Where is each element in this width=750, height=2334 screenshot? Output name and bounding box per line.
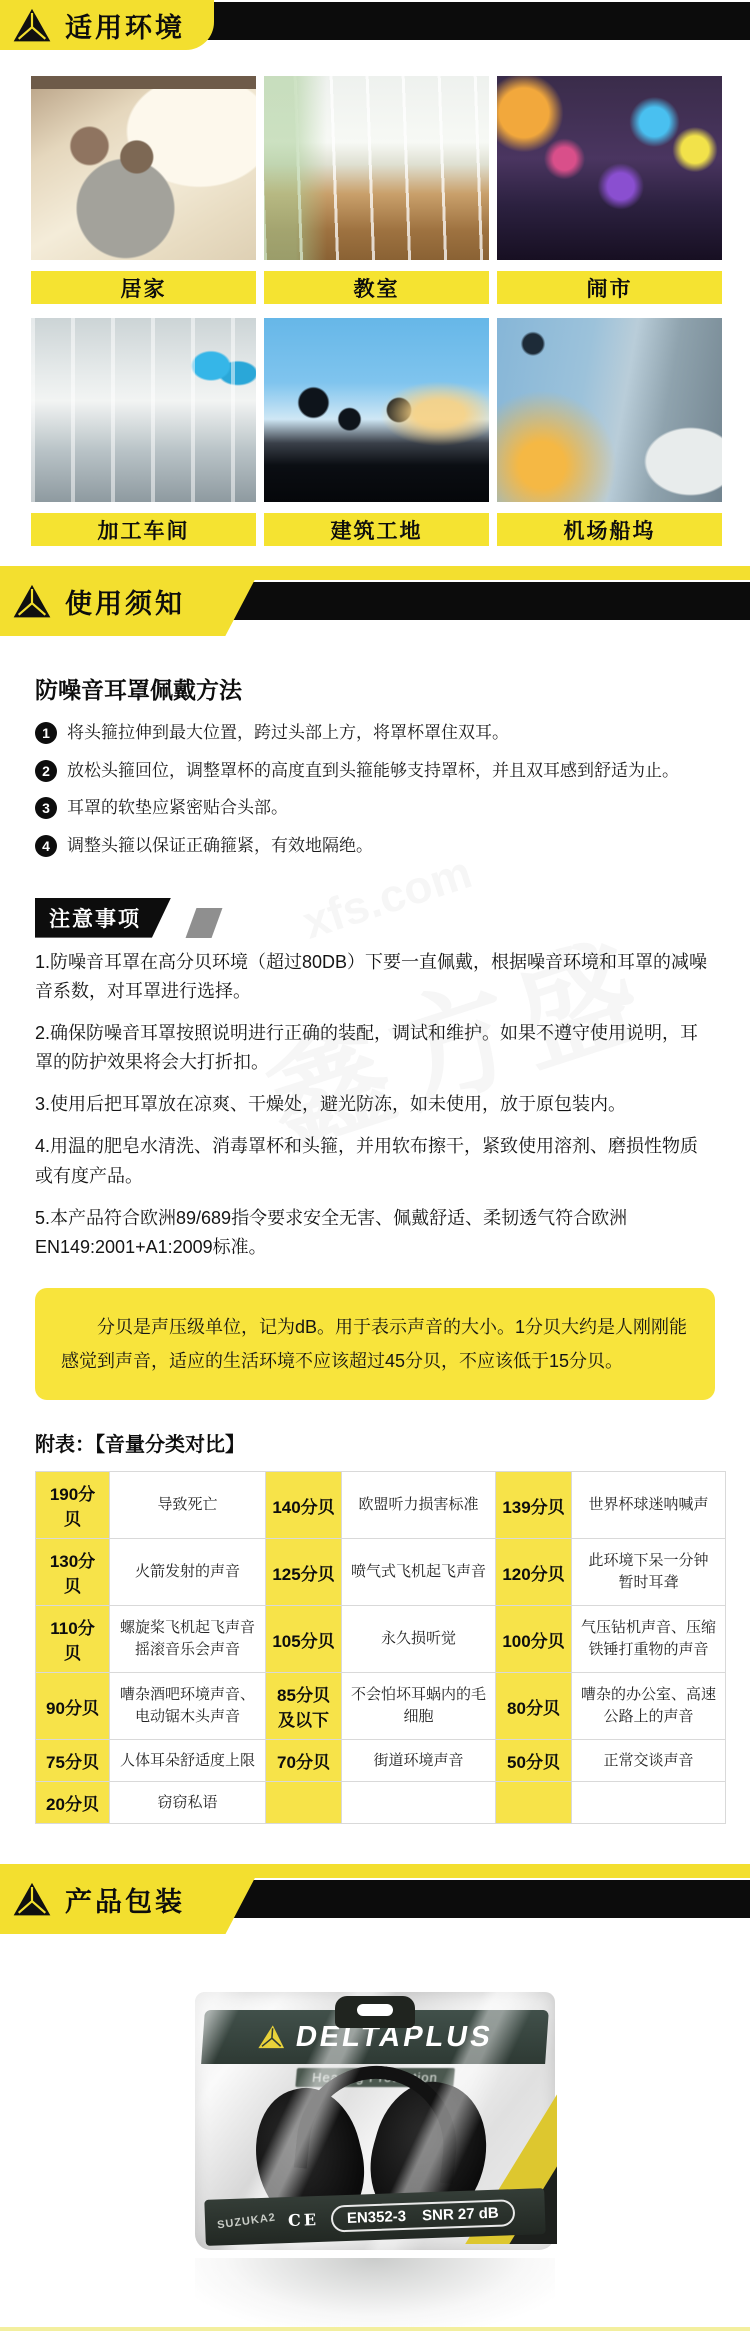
sound-desc-cell: 火箭发射的声音 (110, 1539, 266, 1606)
sound-desc-cell: 窃窃私语 (110, 1782, 266, 1824)
volume-table: 190分贝导致死亡140分贝欧盟听力损害标准139分贝世界杯球迷呐喊声130分贝… (35, 1471, 726, 1824)
sound-desc-cell: 欧盟听力损害标准 (342, 1472, 496, 1539)
header-black-band (193, 2, 750, 40)
env-label: 居家 (31, 271, 256, 304)
env-grid: 居家教室闹市加工车间建筑工地机场船坞 (31, 76, 720, 546)
section-title-usage: 使用须知 (65, 582, 185, 621)
construction-photo (264, 318, 489, 502)
env-label: 加工车间 (31, 513, 256, 546)
wearing-steps: 1将头箍拉伸到最大位置，跨过头部上方，将罩杯罩住双耳。2放松头箍回位，调整罩杯的… (35, 721, 715, 859)
db-level-cell: 110分贝 (36, 1606, 110, 1673)
table-row: 190分贝导致死亡140分贝欧盟听力损害标准139分贝世界杯球迷呐喊声 (36, 1472, 726, 1539)
wearing-step: 3耳罩的软垫应紧密贴合头部。 (35, 796, 715, 821)
sound-desc-cell: 气压钻机声音、压缩 铁锤打重物的声音 (572, 1606, 726, 1673)
notice-item: 3.使用后把耳罩放在凉爽、干燥处，避光防冻，如未使用，放于原包装内。 (35, 1090, 715, 1119)
db-level-cell: 80分贝 (496, 1673, 572, 1740)
step-number-badge: 2 (35, 760, 57, 782)
volume-table-title: 附表：【音量分类对比】 (35, 1428, 715, 1457)
sound-desc-cell: 街道环境声音 (342, 1740, 496, 1782)
wearing-method-title: 防噪音耳罩佩戴方法 (35, 672, 715, 705)
section-title-environment: 适用环境 (65, 6, 185, 45)
package-photo: DELTAPLUS Hearing Protection SUZUKA2 CE … (0, 1962, 750, 2334)
db-level-cell: 190分贝 (36, 1472, 110, 1539)
deltaplus-triangle-logo-icon (12, 1881, 52, 1918)
env-cell: 教室 (264, 76, 489, 304)
table-row: 20分贝窃窃私语 (36, 1782, 726, 1824)
db-level-cell: 139分贝 (496, 1472, 572, 1539)
sound-desc-cell: 此环境下呆一分钟 暂时耳聋 (572, 1539, 726, 1606)
wearing-step: 2放松头箍回位，调整罩杯的高度直到头箍能够支持罩杯，并且双耳感到舒适为止。 (35, 759, 715, 784)
db-level-cell (266, 1782, 342, 1824)
sound-desc-cell: 永久损听觉 (342, 1606, 496, 1673)
db-level-cell: 100分贝 (496, 1606, 572, 1673)
bottom-yellow-line (0, 2327, 750, 2331)
sound-desc-cell (572, 1782, 726, 1824)
notice-item: 1.防噪音耳罩在高分贝环境（超过80DB）下要一直佩戴，根据噪音环境和耳罩的减噪… (35, 948, 715, 1006)
notice-item: 5.本产品符合欧洲89/689指令要求安全无害、佩戴舒适、柔韧透气符合欧洲EN1… (35, 1204, 715, 1262)
package-bag: DELTAPLUS Hearing Protection SUZUKA2 CE … (195, 1992, 555, 2250)
standard-code: EN352-3 (347, 2208, 407, 2227)
sound-desc-cell: 人体耳朵舒适度上限 (110, 1740, 266, 1782)
step-number-badge: 3 (35, 797, 57, 819)
section-header-environment: 适用环境 (0, 0, 750, 50)
section-header-usage: 使用须知 (0, 566, 750, 650)
db-level-cell: 90分贝 (36, 1673, 110, 1740)
db-level-cell: 20分贝 (36, 1782, 110, 1824)
db-level-cell: 50分贝 (496, 1740, 572, 1782)
sound-desc-cell: 螺旋桨飞机起飞声音 摇滚音乐会声音 (110, 1606, 266, 1673)
usage-content: 防噪音耳罩佩戴方法 1将头箍拉伸到最大位置，跨过头部上方，将罩杯罩住双耳。2放松… (0, 672, 750, 1824)
step-number-badge: 1 (35, 722, 57, 744)
db-level-cell: 105分贝 (266, 1606, 342, 1673)
decibel-info-box: 分贝是声压级单位，记为dB。用于表示声音的大小。1分贝大约是人刚刚能感觉到声音，… (35, 1288, 715, 1400)
dock-photo (497, 318, 722, 502)
deltaplus-triangle-logo-icon (257, 2024, 287, 2050)
product-detail-page: 适用环境 居家教室闹市加工车间建筑工地机场船坞 使用须知 防噪音耳罩佩戴方法 1… (0, 0, 750, 2334)
table-row: 110分贝螺旋桨飞机起飞声音 摇滚音乐会声音105分贝永久损听觉100分贝气压钻… (36, 1606, 726, 1673)
sound-desc-cell: 正常交谈声音 (572, 1740, 726, 1782)
street-photo (497, 76, 722, 260)
env-label: 教室 (264, 271, 489, 304)
wearing-step: 4调整头箍以保证正确箍紧，有效地隔绝。 (35, 834, 715, 859)
section-title-packaging: 产品包装 (65, 1880, 185, 1919)
hang-tab (335, 1996, 415, 2028)
notice-flag-shadow (186, 908, 223, 938)
step-text: 将头箍拉伸到最大位置，跨过头部上方，将罩杯罩住双耳。 (67, 721, 509, 746)
table-row: 75分贝人体耳朵舒适度上限70分贝街道环境声音50分贝正常交谈声音 (36, 1740, 726, 1782)
classroom-photo (264, 76, 489, 260)
sound-desc-cell (342, 1782, 496, 1824)
package-reflection (195, 2258, 555, 2328)
ce-mark: CE (288, 2210, 320, 2230)
env-cell: 闹市 (497, 76, 722, 304)
header-black-band (205, 1880, 750, 1918)
sound-desc-cell: 嘈杂酒吧环境声音、 电动锯木头声音 (110, 1673, 266, 1740)
header-yellow-block: 使用须知 (0, 566, 262, 636)
db-level-cell: 125分贝 (266, 1539, 342, 1606)
notice-flag-label: 注意事项 (35, 898, 171, 938)
home-photo (31, 76, 256, 260)
step-text: 放松头箍回位，调整罩杯的高度直到头箍能够支持罩杯，并且双耳感到舒适为止。 (67, 759, 679, 784)
env-cell: 建筑工地 (264, 318, 489, 546)
db-level-cell: 140分贝 (266, 1472, 342, 1539)
volume-table-body: 190分贝导致死亡140分贝欧盟听力损害标准139分贝世界杯球迷呐喊声130分贝… (36, 1472, 726, 1824)
env-label: 机场船坞 (497, 513, 722, 546)
env-cell: 机场船坞 (497, 318, 722, 546)
db-level-cell: 75分贝 (36, 1740, 110, 1782)
sound-desc-cell: 导致死亡 (110, 1472, 266, 1539)
sound-desc-cell: 喷气式飞机起飞声音 (342, 1539, 496, 1606)
db-level-cell (496, 1782, 572, 1824)
wearing-step: 1将头箍拉伸到最大位置，跨过头部上方，将罩杯罩住双耳。 (35, 721, 715, 746)
env-label: 建筑工地 (264, 513, 489, 546)
env-label: 闹市 (497, 271, 722, 304)
notice-item: 2.确保防噪音耳罩按照说明进行正确的装配，调试和维护。如果不遵守使用说明，耳罩的… (35, 1019, 715, 1077)
env-cell: 加工车间 (31, 318, 256, 546)
env-cell: 居家 (31, 76, 256, 304)
model-name: SUZUKA2 (217, 2212, 277, 2232)
step-text: 耳罩的软垫应紧密贴合头部。 (67, 796, 288, 821)
table-row: 90分贝嘈杂酒吧环境声音、 电动锯木头声音85分贝 及以下不会怕坏耳蜗内的毛 细… (36, 1673, 726, 1740)
snr-rating: SNR 27 dB (422, 2205, 499, 2225)
step-text: 调整头箍以保证正确箍紧，有效地隔绝。 (67, 834, 373, 859)
header-black-band (205, 582, 750, 620)
environment-section: 居家教室闹市加工车间建筑工地机场船坞 (0, 50, 750, 566)
step-number-badge: 4 (35, 835, 57, 857)
db-level-cell: 70分贝 (266, 1740, 342, 1782)
deltaplus-triangle-logo-icon (12, 7, 52, 44)
db-level-cell: 130分贝 (36, 1539, 110, 1606)
deltaplus-triangle-logo-icon (12, 583, 52, 620)
table-row: 130分贝火箭发射的声音125分贝喷气式飞机起飞声音120分贝此环境下呆一分钟 … (36, 1539, 726, 1606)
sound-desc-cell: 嘈杂的办公室、高速 公路上的声音 (572, 1673, 726, 1740)
db-level-cell: 85分贝 及以下 (266, 1673, 342, 1740)
db-level-cell: 120分贝 (496, 1539, 572, 1606)
notice-item: 4.用温的肥皂水清洗、消毒罩杯和头箍，并用软布擦干，紧致使用溶剂、磨损性物质或有… (35, 1132, 715, 1190)
header-yellow-block: 产品包装 (0, 1864, 262, 1934)
notice-list: 1.防噪音耳罩在高分贝环境（超过80DB）下要一直佩戴，根据噪音环境和耳罩的减噪… (35, 948, 715, 1262)
header-yellow-block: 适用环境 (0, 0, 214, 50)
sound-desc-cell: 世界杯球迷呐喊声 (572, 1472, 726, 1539)
certification-box: EN352-3 SNR 27 dB (330, 2199, 515, 2232)
sound-desc-cell: 不会怕坏耳蜗内的毛 细胞 (342, 1673, 496, 1740)
section-header-packaging: 产品包装 (0, 1864, 750, 1948)
workshop-photo (31, 318, 256, 502)
